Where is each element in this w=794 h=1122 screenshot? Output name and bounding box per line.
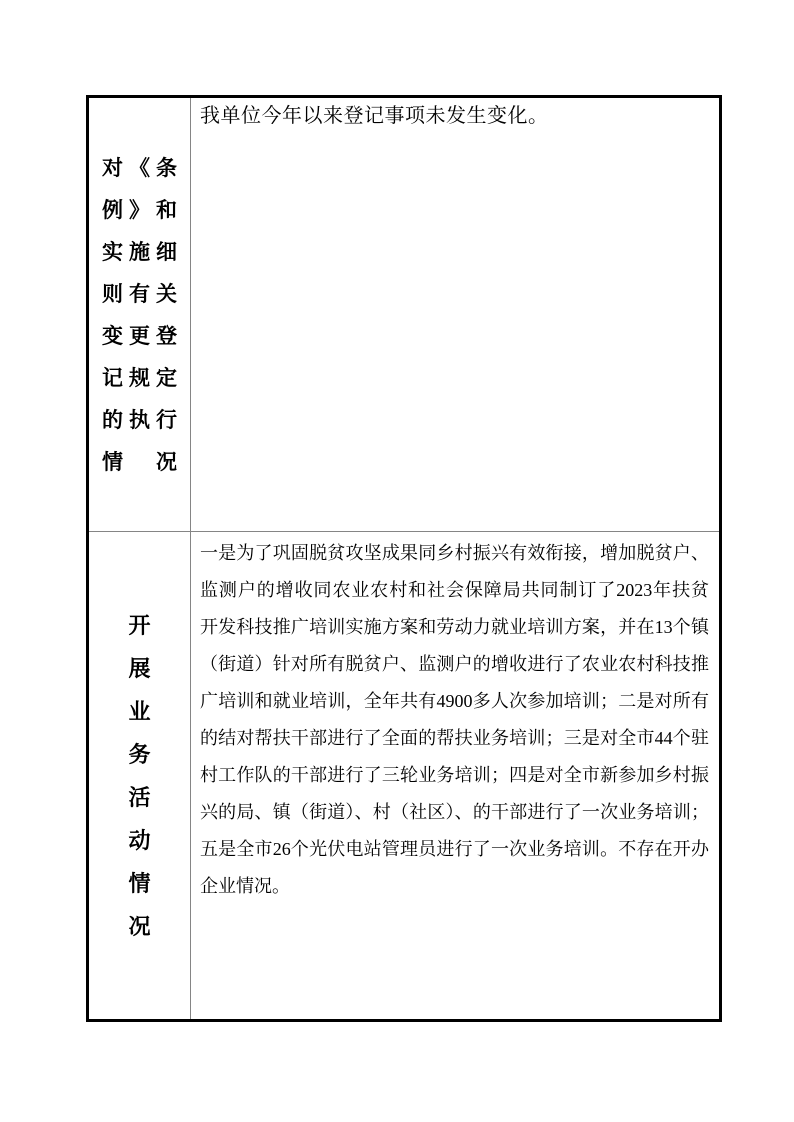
document-page: 对《条 例》和 实施细 则有关 变更登 记规定 的执行 情况 我单位今年以来登记… [0,0,794,1122]
paragraph-line: 五是全市26个光伏电站管理员进行了一次业务培训。不存在开办 [200,831,709,868]
paragraph-line: 兴的局、镇（街道）、村（社区）、的干部进行了一次业务培训； [200,794,709,831]
row-header-char: 业 [89,690,190,733]
row-header-char: 活 [89,776,190,819]
row-header-char: 动 [89,819,190,862]
paragraph-line: 村工作队的干部进行了三轮业务培训；四是对全市新参加乡村振 [200,757,709,794]
row-header-char: 展 [89,647,190,690]
annual-report-form-table: 对《条 例》和 实施细 则有关 变更登 记规定 的执行 情况 我单位今年以来登记… [86,95,722,1022]
row-header-line: 变更登 [102,315,177,357]
row-header-line: 则有关 [102,273,177,315]
paragraph-line: 监测户的增收同农业农村和社会保障局共同制订了2023年扶贫 [200,572,709,609]
compliance-statement-text: 我单位今年以来登记事项未发生变化。 [200,101,709,131]
row-header-line: 例》和 [102,189,177,231]
row-header-char: 况 [89,905,190,948]
row-header-regulation-compliance: 对《条 例》和 实施细 则有关 变更登 记规定 的执行 情况 [89,98,191,531]
paragraph-line: 广培训和就业培训，全年共有4900多人次参加培训；二是对所有 [200,683,709,720]
paragraph-line: 开发科技推广培训实施方案和劳动力就业培训方案，并在13个镇 [200,609,709,646]
paragraph-line: 一是为了巩固脱贫攻坚成果同乡村振兴有效衔接，增加脱贫户、 [200,535,709,572]
paragraph-line: 企业情况。 [200,868,709,905]
row-header-line: 实施细 [102,231,177,273]
row-header-line: 情况 [102,441,177,483]
row-header-business-activities: 开 展 业 务 活 动 情 况 [89,532,191,1019]
table-row-business-activities: 开 展 业 务 活 动 情 况 一是为了巩固脱贫攻坚成果同乡村振兴有效衔接，增加… [89,532,719,1019]
cell-regulation-compliance-content: 我单位今年以来登记事项未发生变化。 [191,98,719,531]
table-row-regulation-compliance: 对《条 例》和 实施细 则有关 变更登 记规定 的执行 情况 我单位今年以来登记… [89,98,719,532]
row-header-char: 务 [89,733,190,776]
row-header-line: 的执行 [102,399,177,441]
paragraph-line: （街道）针对所有脱贫户、监测户的增收进行了农业农村科技推 [200,646,709,683]
cell-business-activities-content: 一是为了巩固脱贫攻坚成果同乡村振兴有效衔接，增加脱贫户、 监测户的增收同农业农村… [191,532,719,1019]
paragraph-line: 的结对帮扶干部进行了全面的帮扶业务培训；三是对全市44个驻 [200,720,709,757]
row-header-char: 开 [89,604,190,647]
row-header-char: 情 [89,862,190,905]
row-header-line: 对《条 [102,147,177,189]
row-header-line: 记规定 [102,357,177,399]
